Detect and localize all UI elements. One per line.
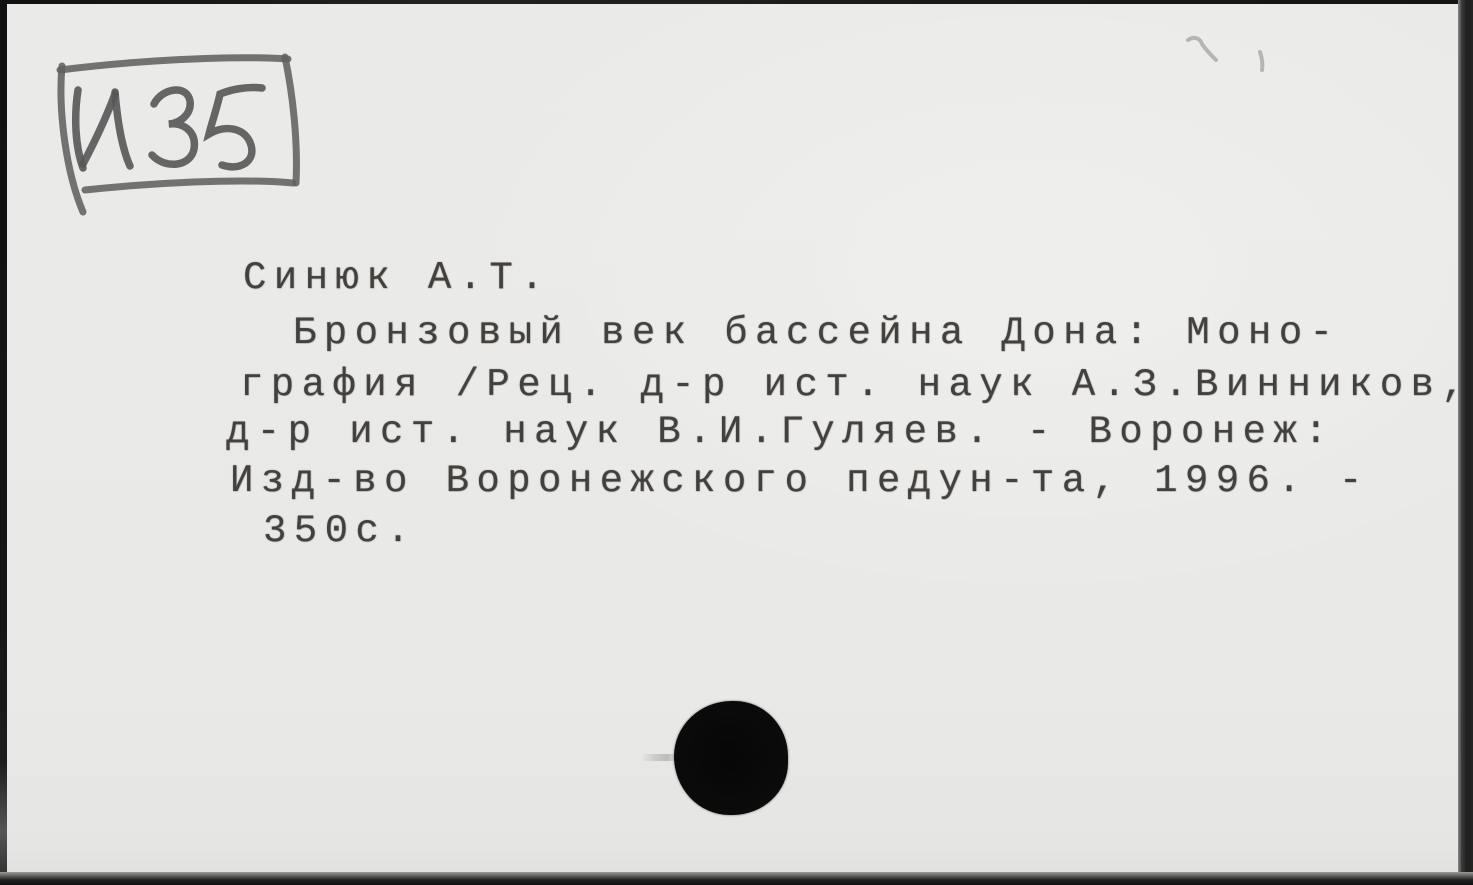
pencil-smudge [1178,32,1278,82]
description-line-2: графия /Рец. д-р ист. наук А.З.Винников, [240,366,1472,405]
description-line-4: Изд-во Воронежского педун-та, 1996. - [230,462,1370,501]
scan-edge-top [0,0,1473,4]
catalog-card-scan: И 35 Синюк А.Т. Бронзовый век бассейна Д… [0,0,1473,885]
description-line-3: д-р ист. наук В.И.Гуляев. - Воронеж: [226,413,1335,452]
description-line-5: 350с. [263,512,417,551]
hand-drawn-box-icon [30,50,330,225]
scan-edge-bottom [0,872,1473,885]
scan-edge-left [0,0,7,885]
hole-punch-mark [674,701,788,815]
scan-edge-right [1458,0,1473,885]
description-line-1: Бронзовый век бассейна Дона: Моно- [293,314,1340,353]
call-number-box: И 35 [30,50,330,225]
author-line: Синюк А.Т. [243,259,551,298]
